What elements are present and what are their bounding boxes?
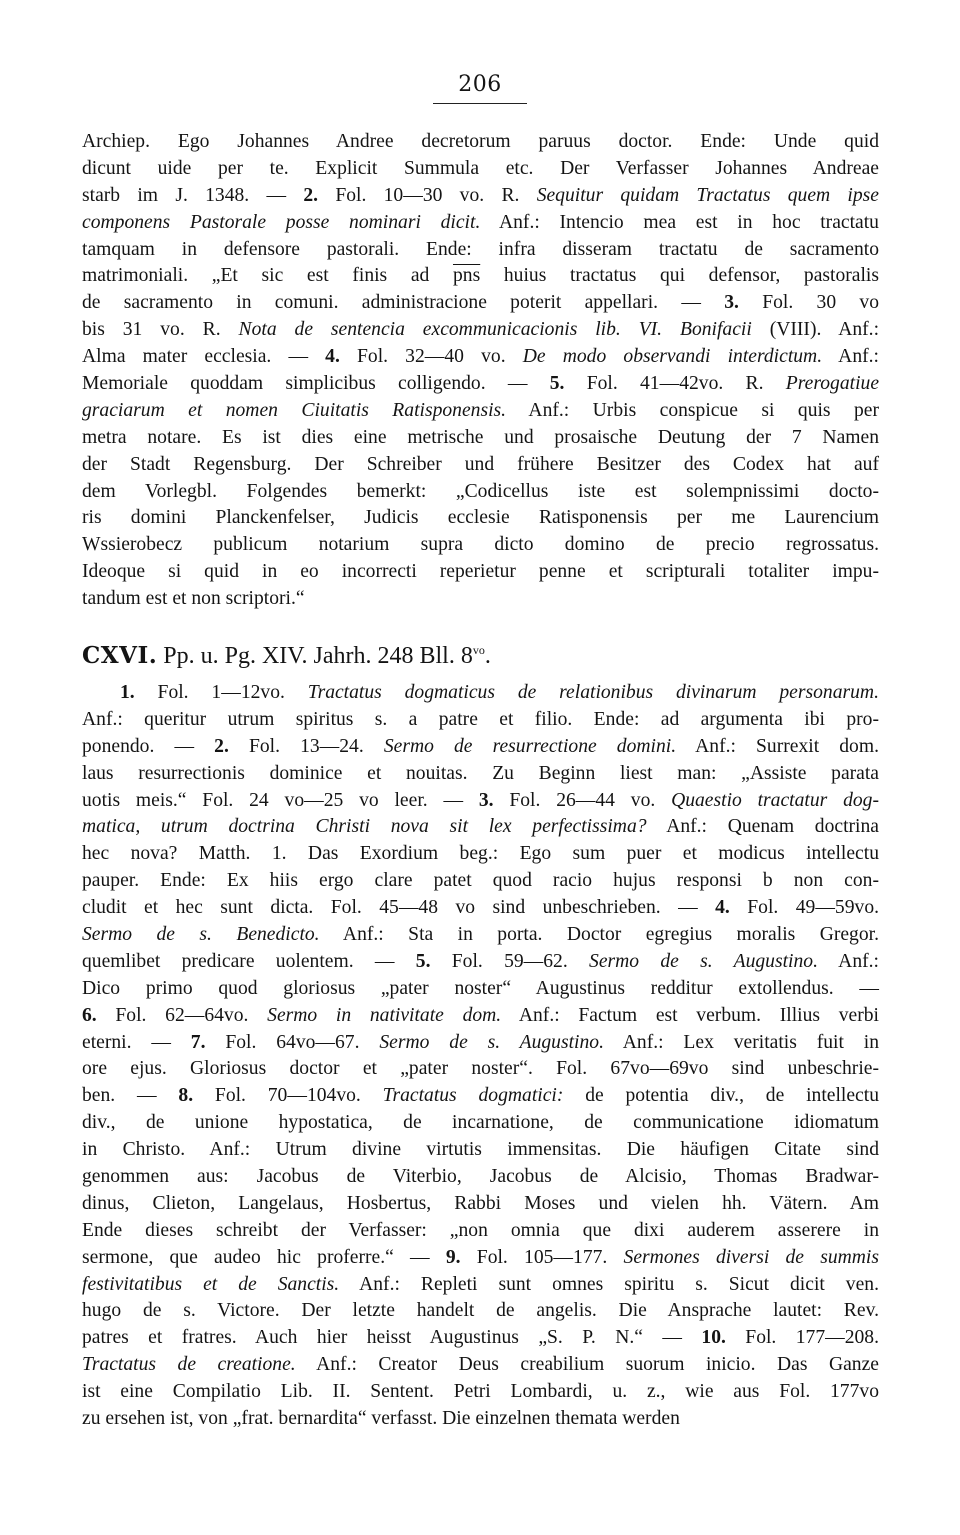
text-line: Archiep. Ego Johannes Andree decretorum … (82, 129, 879, 156)
entry-heading: CXVI. Pp. u. Pg. XIV. Jahrh. 248 Bll. 8v… (82, 642, 491, 670)
text-run: Memoriale quoddam simplicibus colligendo… (82, 373, 550, 394)
italic-title: Sermones diversi de summis (624, 1247, 879, 1268)
italic-title: graciarum et nomen Ciuitatis Ratisponens… (82, 400, 506, 421)
text-line: dinus, Clieton, Langelaus, Hosbertus, Ra… (82, 1191, 879, 1218)
text-line: eterni. — 7. Fol. 64vo—67. Sermo de s. A… (82, 1030, 879, 1057)
item-number: 4. (715, 897, 730, 918)
item-number: 2. (214, 736, 229, 757)
text-line: Sermo de s. Benedicto. Anf.: Sta in port… (82, 922, 879, 949)
italic-title: Tractatus dogmaticus de relationibus div… (308, 682, 879, 703)
text-run: Anf.: Quenam doctrina (647, 816, 879, 837)
text-run: quemlibet predicare uolentem. — (82, 951, 416, 972)
text-run: Anf.: Surrexit dom. (676, 736, 879, 757)
text-run: Fol. 41—42vo. R. (564, 373, 785, 394)
text-line: festivitatibus et de Sanctis. Anf.: Repl… (82, 1272, 879, 1299)
text-run: Anf.: (822, 346, 879, 367)
text-line: zu ersehen ist, von „frat. bernardita“ v… (82, 1406, 879, 1433)
italic-title: Sermo in nativitate dom. (267, 1005, 501, 1026)
text-line: dicunt uide per te. Explicit Summula etc… (82, 156, 879, 183)
text-run: Dico primo quod gloriosus „pater noster“… (82, 978, 879, 999)
text-line: tandum est et non scriptori.“ (82, 586, 879, 613)
text-run: Anf.: Sta in porta. Doctor egregius mora… (320, 924, 879, 945)
item-number: 5. (416, 951, 431, 972)
text-line: metra notare. Es ist dies eine metrische… (82, 425, 879, 452)
text-line: Ideoque si quid in eo incorrecti reperie… (82, 559, 879, 586)
text-run: starb im J. 1348. — (82, 185, 303, 206)
item-number: 8. (178, 1085, 193, 1106)
text-run: Anf.: queritur utrum spiritus s. a patre… (82, 709, 879, 730)
text-line: Memoriale quoddam simplicibus colligendo… (82, 371, 879, 398)
text-run: ore ejus. Gloriosus doctor et „pater nos… (82, 1058, 879, 1079)
text-run: ris domini Planckenfelser, Judicis eccle… (82, 507, 879, 528)
text-run: dicunt uide per te. Explicit Summula etc… (82, 158, 879, 179)
text-run: Fol. 32—40 vo. (340, 346, 523, 367)
header-rule (433, 103, 527, 104)
text-run: tandum est et non scriptori.“ (82, 588, 305, 609)
text-line: Wssierobecz publicum notarium supra dict… (82, 532, 879, 559)
text-line: div., de unione hypostatica, de incarnat… (82, 1110, 879, 1137)
text-run: tamquam in defensore pastorali. Ende: in… (82, 239, 879, 260)
text-line: sermone, que audeo hic proferre.“ — 9. F… (82, 1245, 879, 1272)
text-line: de sacramento in comuni. administracione… (82, 290, 879, 317)
text-run: eterni. — (82, 1032, 191, 1053)
text-run: laus resurrectionis dominice et nouitas.… (82, 763, 879, 784)
text-line: ore ejus. Gloriosus doctor et „pater nos… (82, 1056, 879, 1083)
text-run: Fol. 30 vo (739, 292, 879, 313)
text-line: in Christo. Anf.: Utrum divine virtutis … (82, 1137, 879, 1164)
text-line: matrimoniali. „Et sic est finis ad pns h… (82, 263, 879, 290)
item-number: 6. (82, 1005, 97, 1026)
text-run: Anf.: Factum est verbum. Illius verbi (501, 1005, 879, 1026)
item-number: 10. (701, 1327, 726, 1348)
text-line: ist eine Compilatio Lib. II. Sentent. Pe… (82, 1379, 879, 1406)
text-run: Fol. 177—208. (726, 1327, 879, 1348)
text-block-cxvi-contents: 1. Fol. 1—12vo. Tractatus dogmaticus de … (82, 680, 879, 1433)
text-run: ist eine Compilatio Lib. II. Sentent. Pe… (82, 1381, 879, 1402)
text-run: der Stadt Regensburg. Der Schreiber und … (82, 454, 879, 475)
text-run: metra notare. Es ist dies eine metrische… (82, 427, 879, 448)
text-run: in Christo. Anf.: Utrum divine virtutis … (82, 1139, 879, 1160)
text-run: Archiep. Ego Johannes Andree decretorum … (82, 131, 879, 152)
text-run: Fol. 59—62. (430, 951, 589, 972)
text-line: Ende dieses schreibt der Verfasser: „non… (82, 1218, 879, 1245)
text-run: zu ersehen ist, von „frat. bernardita“ v… (82, 1408, 680, 1429)
text-line: patres et fratres. Auch hier heisst Augu… (82, 1325, 879, 1352)
text-run: Fol. 26—44 vo. (494, 790, 672, 811)
italic-title: Sequitur quidam Tractatus quem ipse (537, 185, 879, 206)
text-line: graciarum et nomen Ciuitatis Ratisponens… (82, 398, 879, 425)
abbreviation: pns (453, 265, 480, 286)
text-line: dem Vorlegbl. Folgendes bemerkt: „Codice… (82, 479, 879, 506)
text-line: Alma mater ecclesia. — 4. Fol. 32—40 vo.… (82, 344, 879, 371)
text-run: genommen aus: Jacobus de Viterbio, Jacob… (82, 1166, 879, 1187)
italic-title: Tractatus de creatione. (82, 1354, 296, 1375)
text-line: hec nova? Matth. 1. Das Exordium beg.: E… (82, 841, 879, 868)
italic-title: Nota de sentencia excommunicacionis lib.… (239, 319, 752, 340)
item-number: 4. (325, 346, 340, 367)
text-run: de potentia div., de intellectu (563, 1085, 879, 1106)
text-run: de sacramento in comuni. administracione… (82, 292, 724, 313)
text-line: 6. Fol. 62—64vo. Sermo in nativitate dom… (82, 1003, 879, 1030)
text-line: tamquam in defensore pastorali. Ende: in… (82, 237, 879, 264)
text-line: Anf.: queritur utrum spiritus s. a patre… (82, 707, 879, 734)
entry-format-sup: vo (473, 643, 485, 657)
text-line: cludit et hec sunt dicta. Fol. 45—48 vo … (82, 895, 879, 922)
text-line: 1. Fol. 1—12vo. Tractatus dogmaticus de … (82, 680, 879, 707)
text-line: bis 31 vo. R. Nota de sentencia excommun… (82, 317, 879, 344)
text-run: (VIII). Anf.: (752, 319, 879, 340)
text-run: Anf.: Intencio mea est in hoc tractatu (480, 212, 879, 233)
italic-title: De modo observandi interdictum. (523, 346, 822, 367)
item-number: 3. (724, 292, 739, 313)
text-run: sermone, que audeo hic proferre.“ — (82, 1247, 446, 1268)
text-run: div., de unione hypostatica, de incarnat… (82, 1112, 879, 1133)
text-run: patres et fratres. Auch hier heisst Augu… (82, 1327, 701, 1348)
italic-title: Sermo de s. Augustino. (589, 951, 818, 972)
item-number: 3. (479, 790, 494, 811)
text-line: laus resurrectionis dominice et nouitas.… (82, 761, 879, 788)
text-run: bis 31 vo. R. (82, 319, 239, 340)
text-run: Fol. 62—64vo. (97, 1005, 267, 1026)
text-run: hec nova? Matth. 1. Das Exordium beg.: E… (82, 843, 879, 864)
text-run: huius tractatus qui defensor, pastoralis (480, 265, 879, 286)
text-run: ben. — (82, 1085, 178, 1106)
text-run: cludit et hec sunt dicta. Fol. 45—48 vo … (82, 897, 715, 918)
text-run: Anf.: Urbis conspicue si quis per (506, 400, 879, 421)
italic-title: Sermo de s. Benedicto. (82, 924, 320, 945)
item-number: 1. (120, 682, 135, 703)
text-line: uotis meis.“ Fol. 24 vo—25 vo leer. — 3.… (82, 788, 879, 815)
text-run: Wssierobecz publicum notarium supra dict… (82, 534, 879, 555)
italic-title: Tractatus dogmatici: (383, 1085, 564, 1106)
text-run: Fol. 64vo—67. (206, 1032, 380, 1053)
text-run: Anf.: Lex veritatis fuit in (604, 1032, 879, 1053)
text-run: dinus, Clieton, Langelaus, Hosbertus, Ra… (82, 1193, 879, 1214)
text-run: Anf.: Creator Deus creabilium suorum ini… (296, 1354, 879, 1375)
text-run: Fol. 70—104vo. (193, 1085, 383, 1106)
text-line: ponendo. — 2. Fol. 13—24. Sermo de resur… (82, 734, 879, 761)
text-run: Fol. 10—30 vo. R. (318, 185, 537, 206)
text-line: quemlibet predicare uolentem. — 5. Fol. … (82, 949, 879, 976)
text-line: ris domini Planckenfelser, Judicis eccle… (82, 505, 879, 532)
text-run: Fol. 49—59vo. (730, 897, 879, 918)
entry-format-end: . (485, 643, 491, 669)
italic-title: Quaestio tractatur dog- (671, 790, 879, 811)
text-line: Tractatus de creatione. Anf.: Creator De… (82, 1352, 879, 1379)
text-run: hugo de s. Victore. Der letzte handelt d… (82, 1300, 879, 1321)
text-line: componens Pastorale posse nominari dicit… (82, 210, 879, 237)
text-line: Dico primo quod gloriosus „pater noster“… (82, 976, 879, 1003)
text-line: hugo de s. Victore. Der letzte handelt d… (82, 1298, 879, 1325)
text-run: Anf.: Repleti sunt omnes spiritu s. Sicu… (339, 1274, 879, 1295)
page-number: 206 (0, 72, 960, 97)
text-line: der Stadt Regensburg. Der Schreiber und … (82, 452, 879, 479)
entry-description: Pp. u. Pg. XIV. Jahrh. 248 Bll. 8 (157, 643, 473, 669)
italic-title: festivitatibus et de Sanctis. (82, 1274, 339, 1295)
item-number: 9. (446, 1247, 461, 1268)
italic-title: Sermo de resurrectione domini. (384, 736, 676, 757)
text-run: matrimoniali. „Et sic est finis ad (82, 265, 453, 286)
italic-title: Sermo de s. Augustino. (379, 1032, 604, 1053)
item-number: 5. (550, 373, 565, 394)
italic-title: Prerogatiue (786, 373, 879, 394)
entry-signature: CXVI. (82, 642, 157, 669)
text-line: ben. — 8. Fol. 70—104vo. Tractatus dogma… (82, 1083, 879, 1110)
text-run: pauper. Ende: Ex hiis ergo clare patet q… (82, 870, 879, 891)
item-number: 2. (303, 185, 318, 206)
text-run: Anf.: (818, 951, 879, 972)
text-run: ponendo. — (82, 736, 214, 757)
text-run: Alma mater ecclesia. — (82, 346, 325, 367)
text-line: matica, utrum doctrina Christi nova sit … (82, 814, 879, 841)
text-run: Fol. 13—24. (229, 736, 384, 757)
text-run: uotis meis.“ Fol. 24 vo—25 vo leer. — (82, 790, 479, 811)
text-run: Fol. 105—177. (461, 1247, 624, 1268)
text-run: Ideoque si quid in eo incorrecti reperie… (82, 561, 879, 582)
text-block-continuation: Archiep. Ego Johannes Andree decretorum … (82, 129, 879, 613)
text-run: dem Vorlegbl. Folgendes bemerkt: „Codice… (82, 481, 879, 502)
italic-title: componens Pastorale posse nominari dicit… (82, 212, 480, 233)
text-line: genommen aus: Jacobus de Viterbio, Jacob… (82, 1164, 879, 1191)
text-run: Fol. 1—12vo. (135, 682, 308, 703)
item-number: 7. (191, 1032, 206, 1053)
text-line: starb im J. 1348. — 2. Fol. 10—30 vo. R.… (82, 183, 879, 210)
text-run: Ende dieses schreibt der Verfasser: „non… (82, 1220, 879, 1241)
text-line: pauper. Ende: Ex hiis ergo clare patet q… (82, 868, 879, 895)
italic-title: matica, utrum doctrina Christi nova sit … (82, 816, 647, 837)
